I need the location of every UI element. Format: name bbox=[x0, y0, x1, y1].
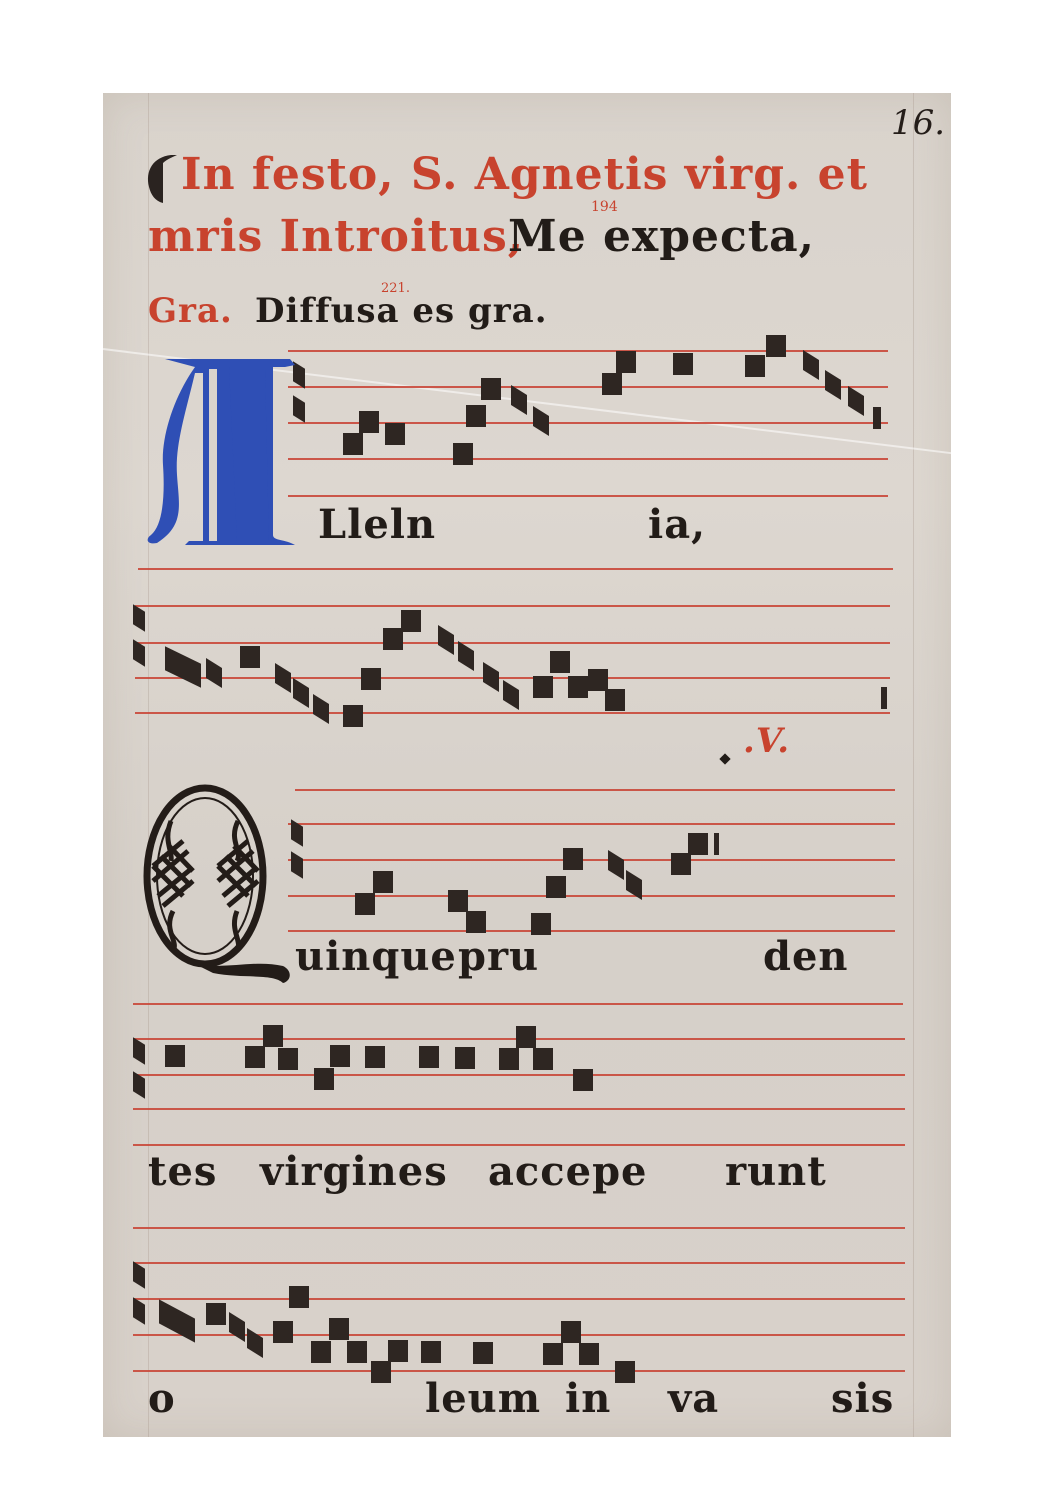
text-guideline bbox=[133, 1003, 903, 1005]
lyric-o: o bbox=[148, 1375, 176, 1422]
rubric-line-3-red: Gra. bbox=[148, 291, 233, 331]
text-guideline bbox=[133, 1227, 905, 1229]
decorated-initial-q bbox=[133, 781, 303, 996]
lyric-accepe: accepe bbox=[488, 1148, 648, 1195]
rubric-line-2-red: mris Introitus, bbox=[148, 211, 524, 262]
rubric-line-1: In festo, S. Agnetis virg. et bbox=[181, 149, 868, 200]
manuscript-page: 16. In festo, S. Agnetis virg. et mris I… bbox=[103, 93, 951, 1437]
margin-ruling-right bbox=[913, 93, 914, 1437]
punctum-dot bbox=[719, 753, 730, 764]
lyric-pru: pru bbox=[458, 933, 539, 980]
lyric-virgines: virgines bbox=[260, 1148, 448, 1195]
text-guideline bbox=[138, 568, 893, 570]
lyric-alleluia-part2: ia, bbox=[648, 501, 706, 548]
lyric-va: va bbox=[668, 1375, 719, 1422]
lyric-in: in bbox=[565, 1375, 611, 1422]
lyric-quinque: uinque bbox=[295, 933, 457, 980]
lyric-sis: sis bbox=[831, 1375, 894, 1422]
rubric-line-2-incipit: Me expecta, bbox=[508, 211, 815, 262]
verse-marker: .V. bbox=[743, 721, 790, 761]
illuminated-initial-a bbox=[145, 355, 300, 550]
reference-number-194: 194 bbox=[591, 199, 618, 215]
lyric-runt: runt bbox=[725, 1148, 827, 1195]
paragraph-mark-icon bbox=[143, 153, 178, 205]
reference-number-221: 221. bbox=[381, 281, 410, 296]
lyric-leum: leum bbox=[425, 1375, 541, 1422]
folio-number: 16. bbox=[891, 103, 945, 143]
lyric-tes: tes bbox=[148, 1148, 217, 1195]
lyric-den: den bbox=[763, 933, 849, 980]
lyric-alleluia-part1: Lleln bbox=[318, 501, 436, 548]
rubric-line-3-incipit: Diffusa es gra. bbox=[255, 291, 548, 331]
